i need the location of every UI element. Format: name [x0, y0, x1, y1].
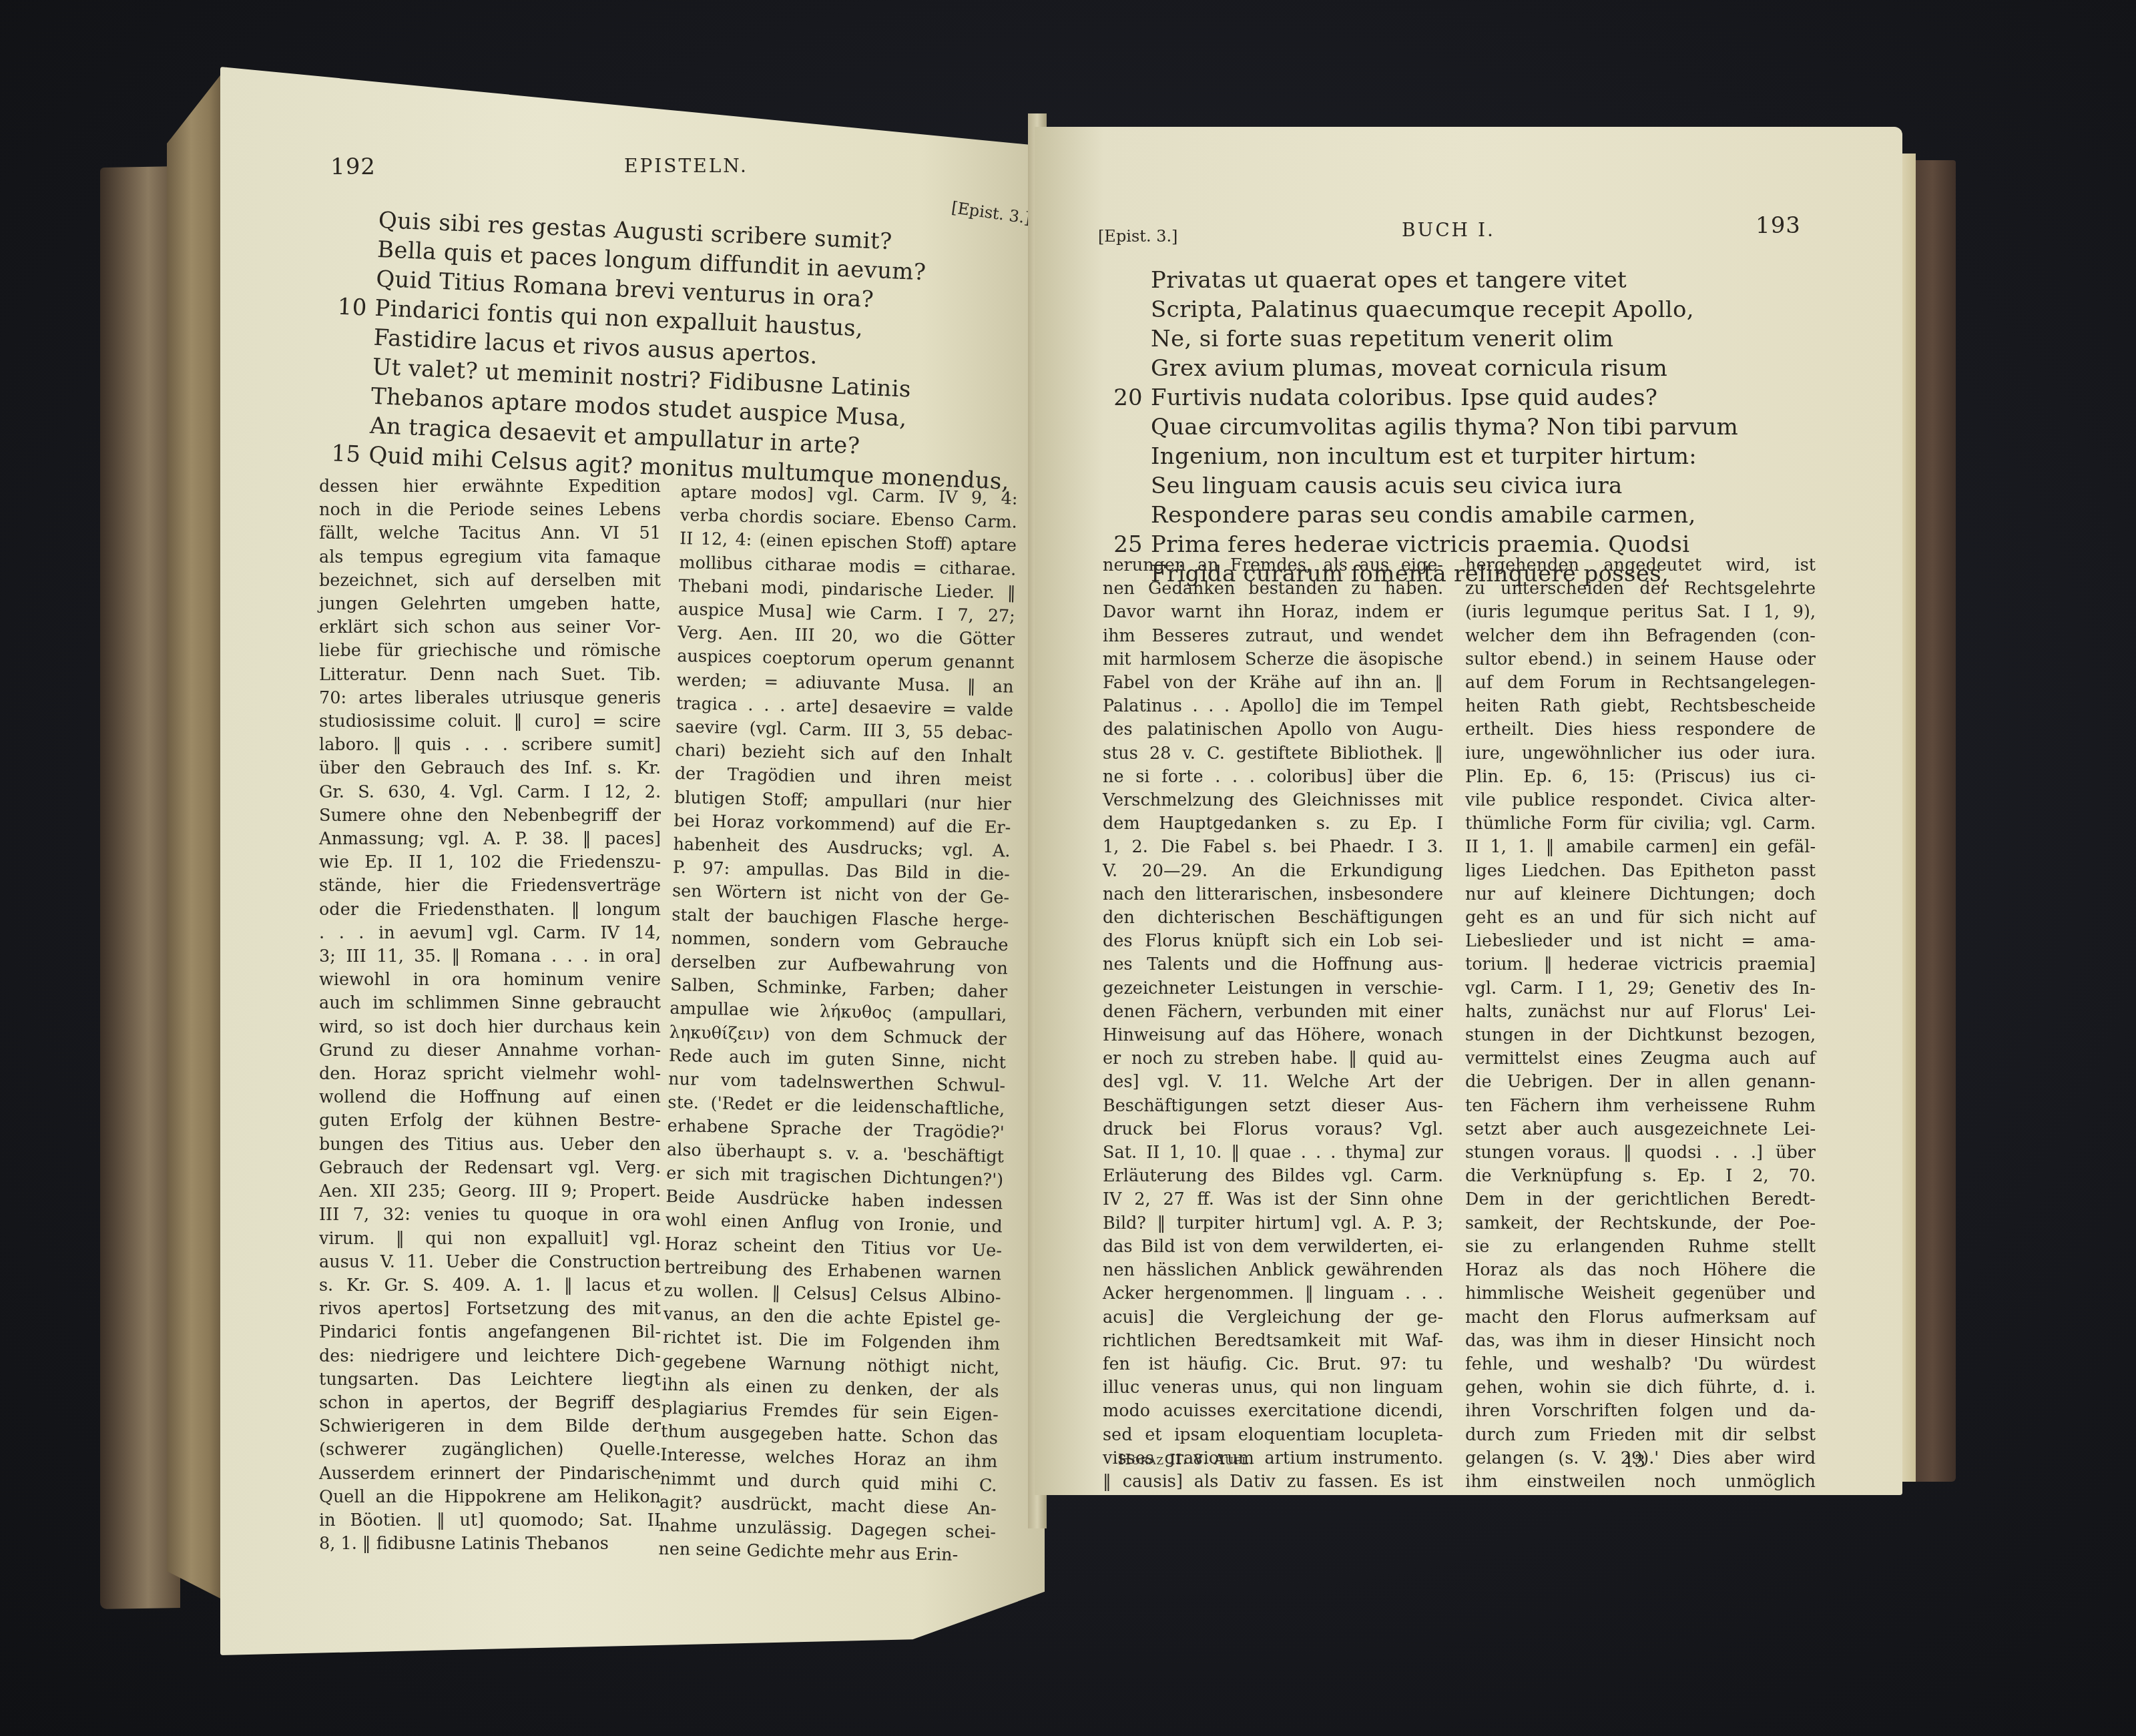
- commentary-line: Litteratur. Denn nach Suet. Tib.: [319, 663, 661, 687]
- commentary-line: nach den litterarischen, insbesondere: [1103, 883, 1443, 906]
- commentary-line: auf dem Forum in Rechtsangelegen-: [1465, 671, 1816, 695]
- commentary-column-2: aptare modos] vgl. Carm. IV 9, 4:verba c…: [658, 481, 1018, 1568]
- commentary-line: den. Horaz spricht vielmehr wohl-: [319, 1063, 661, 1086]
- commentary-line: . . . in aevum] vgl. Carm. IV 14,: [319, 922, 661, 945]
- commentary-line: (schwerer zugänglichen) Quelle.: [319, 1438, 661, 1462]
- commentary-line: wollend die Hoffnung auf einen: [319, 1086, 661, 1109]
- section-marker-right: [Epist. 3.]: [1098, 227, 1177, 246]
- commentary-line: Anmassung; vgl. A. P. 38. ‖ paces]: [319, 828, 661, 851]
- commentary-line: Verschmelzung des Gleichnisses mit: [1103, 789, 1443, 812]
- commentary-line: wiewohl in ora hominum venire: [319, 968, 661, 992]
- commentary-line: des: niedrigere und leichtere Dich-: [319, 1345, 661, 1368]
- verse-number: [334, 204, 371, 205]
- commentary-line: torium. ‖ hederae victricis praemia]: [1465, 953, 1816, 976]
- commentary-line: hier also an Vorübungen, Decla-: [1103, 1494, 1443, 1495]
- commentary-line: jungen Gelehrten umgeben hatte,: [319, 593, 661, 616]
- verse-line: Quae circumvolitas agilis thyma? Non tib…: [1151, 412, 1738, 442]
- commentary-line: Gr. S. 630, 4. Vgl. Carm. I 12, 2.: [319, 781, 661, 804]
- commentary-line: denen Fächern, verbunden mit einer: [1103, 1000, 1443, 1024]
- commentary-line: ihm Besseres zutraut, und wendet: [1103, 625, 1443, 648]
- commentary-line: Grund zu dieser Annahme vorhan-: [319, 1039, 661, 1063]
- page-number-left: 192: [330, 154, 376, 180]
- commentary-line: Hinweisung auf das Höhere, wonach: [1103, 1024, 1443, 1047]
- commentary-line: des palatinischen Apollo von Augu-: [1103, 718, 1443, 742]
- commentary-line: Dem in der gerichtlichen Beredt-: [1465, 1188, 1816, 1211]
- commentary-line: wie Ep. II 1, 102 die Friedenszu-: [319, 851, 661, 874]
- commentary-line: dem Hauptgedanken s. zu Ep. I: [1103, 812, 1443, 836]
- commentary-line: setzt aber auch ausgezeichnete Lei-: [1465, 1118, 1816, 1141]
- commentary-line: bezeichnet, sich auf derselben mit: [319, 569, 661, 593]
- commentary-line: erklärt sich schon aus seiner Vor-: [319, 616, 661, 639]
- commentary-line: Davor warnt ihn Horaz, indem er: [1103, 601, 1443, 624]
- signature-number: 13: [1623, 1452, 1645, 1472]
- commentary-column-2: hergehenden angedeutet wird, istzu unter…: [1465, 554, 1816, 1495]
- verse-number: [328, 350, 365, 352]
- verse-line: Ne, si forte suas repetitum venerit olim: [1151, 324, 1738, 354]
- commentary-line: vermittelst eines Zeugma auch auf: [1465, 1047, 1816, 1071]
- commentary-line: fehle, und weshalb? 'Du würdest: [1465, 1353, 1816, 1376]
- book-cover-right: [1909, 160, 1956, 1482]
- commentary-line: nen Gedanken bestanden zu haben.: [1103, 577, 1443, 601]
- page-stack-left-edge: [167, 67, 227, 1602]
- commentary-line: ne si forte . . . coloribus] über die: [1103, 766, 1443, 789]
- commentary-line: dessen hier erwähnte Expedition: [319, 475, 661, 499]
- verse-block-left: Quis sibi res gestas Augusti scribere su…: [368, 206, 1019, 497]
- commentary-column-1: nerungen an Fremdes, als aus eige-nen Ge…: [1103, 554, 1443, 1495]
- commentary-line: Liebeslieder und ist nicht = ama-: [1465, 930, 1816, 953]
- commentary-line: richtlichen Beredtsamkeit mit Waf-: [1103, 1330, 1443, 1353]
- commentary-line: in Böotien. ‖ ut] quomodo; Sat. II: [319, 1509, 661, 1532]
- commentary-line: gezeichneter Leistungen in verschie-: [1103, 977, 1443, 1000]
- commentary-line: 8, 1. ‖ fidibusne Latinis Thebanos: [319, 1532, 661, 1556]
- commentary-line: fällt, welche Tacitus Ann. VI 51: [319, 522, 661, 545]
- commentary-line: Quell an die Hippokrene am Helikon: [319, 1486, 661, 1509]
- commentary-line: Palatinus . . . Apollo] die im Tempel: [1103, 695, 1443, 718]
- commentary-line: illuc veneras unus, qui non linguam: [1103, 1376, 1443, 1400]
- running-head-left: EPISTELN.: [624, 155, 748, 177]
- commentary-line: nerungen an Fremdes, als aus eige-: [1103, 554, 1443, 577]
- commentary-line: er noch zu streben habe. ‖ quid au-: [1103, 1047, 1443, 1071]
- commentary-line: als tempus egregium vita famaque: [319, 546, 661, 569]
- commentary-line: Horaz als das noch Höhere die: [1465, 1259, 1816, 1282]
- commentary-line: Fabel von der Krähe auf ihn an. ‖: [1103, 671, 1443, 695]
- commentary-line: V. 20—29. An die Erkundigung: [1103, 860, 1443, 883]
- verse-number: 20: [1105, 383, 1143, 412]
- commentary-line: virum. ‖ qui non expalluit] vgl.: [319, 1227, 661, 1251]
- commentary-line: stände, hier die Friedensverträge: [319, 874, 661, 898]
- commentary-line: guten Erfolg der kühnen Bestre-: [319, 1109, 661, 1133]
- commentary-line: laboro. ‖ quis . . . scribere sumit]: [319, 734, 661, 757]
- commentary-line: ihm einstweilen noch unmöglich: [1465, 1470, 1816, 1494]
- commentary-line: Pindarici fontis angefangenen Bil-: [319, 1321, 661, 1344]
- commentary-line: nen hässlichen Anblick gewährenden: [1103, 1259, 1443, 1282]
- verse-block-right: Privatas ut quaerat opes et tangere vite…: [1151, 266, 1738, 589]
- left-page: 192 EPISTELN. [Epist. 3.] Quis sibi res …: [220, 67, 1045, 1655]
- verse-line: Privatas ut quaerat opes et tangere vite…: [1151, 266, 1738, 295]
- verse-line: Scripta, Palatinus quaecumque recepit Ap…: [1151, 295, 1738, 324]
- commentary-line: ten Fächern ihm verheissene Ruhm: [1465, 1095, 1816, 1118]
- commentary-line: nur auf kleinere Dichtungen; doch: [1465, 883, 1816, 906]
- commentary-line: nes Talents und die Hoffnung aus-: [1103, 953, 1443, 976]
- commentary-line: mit harmlosem Scherze die äsopische: [1103, 648, 1443, 671]
- commentary-line: wird, so ist doch hier durchaus kein: [319, 1016, 661, 1039]
- verse-line: 20Furtivis nudata coloribus. Ipse quid a…: [1151, 383, 1738, 412]
- commentary-line: sed et ipsam eloquentiam locupleta-: [1103, 1424, 1443, 1447]
- commentary-line: ihren Vorschriften folgen und da-: [1465, 1400, 1816, 1423]
- commentary-line: hergehenden angedeutet wird, ist: [1465, 554, 1816, 577]
- commentary-line: liges Liedchen. Das Epitheton passt: [1465, 860, 1816, 883]
- commentary-line: Acker hergenommen. ‖ linguam . . .: [1103, 1282, 1443, 1306]
- verse-number: [326, 380, 364, 381]
- commentary-line: bungen des Titius aus. Ueber den: [319, 1133, 661, 1157]
- commentary-line: s. Kr. Gr. S. 409. A. 1. ‖ lacus et: [319, 1274, 661, 1297]
- commentary-column-1: dessen hier erwähnte Expeditionnoch in d…: [319, 475, 661, 1556]
- commentary-line: rivos apertos] Fortsetzung des mit: [319, 1297, 661, 1321]
- commentary-line: Plin. Ep. 6, 15: (Priscus) ius ci-: [1465, 766, 1816, 789]
- commentary-line: die Verknüpfung s. Ep. I 2, 70.: [1465, 1165, 1816, 1188]
- verse-number: 10: [329, 292, 368, 322]
- commentary-line: (iuris legumque peritus Sat. I 1, 9),: [1465, 601, 1816, 624]
- commentary-line: Schwierigeren in dem Bilde der: [319, 1415, 661, 1438]
- commentary-line: welcher dem ihn Befragenden (con-: [1465, 625, 1816, 648]
- signature-line: Horaz II. 8. Aufl.: [1118, 1452, 1254, 1468]
- commentary-line: Sumere ohne den Nebenbegriff der: [319, 804, 661, 828]
- running-head-right: BUCH I.: [1402, 219, 1495, 241]
- commentary-line: macht den Florus aufmerksam auf: [1465, 1306, 1816, 1330]
- commentary-line: acuis] die Vergleichung der ge-: [1103, 1306, 1443, 1330]
- commentary-line: das, was ihm in dieser Hinsicht noch: [1465, 1330, 1816, 1353]
- page-number-right: 193: [1756, 212, 1801, 239]
- commentary-line: oder die Friedensthaten. ‖ longum: [319, 898, 661, 922]
- commentary-line: himmlische Weisheit gegenüber und: [1465, 1282, 1816, 1306]
- commentary-line: halts, zunächst nur auf Florus' Lei-: [1465, 1000, 1816, 1024]
- commentary-line: gemacht durch die frigida curarum: [1465, 1494, 1816, 1495]
- commentary-line: ‖ causis] als Dativ zu fassen. Es ist: [1103, 1470, 1443, 1494]
- commentary-line: thümliche Form für civilia; vgl. Carm.: [1465, 812, 1816, 836]
- commentary-line: iure, ungewöhnlicher ius oder iura.: [1465, 742, 1816, 766]
- commentary-line: ertheilt. Dies hiess respondere de: [1465, 718, 1816, 742]
- commentary-line: den dichterischen Beschäftigungen: [1103, 906, 1443, 930]
- commentary-line: stungen voraus. ‖ quodsi . . .] über: [1465, 1141, 1816, 1165]
- commentary-line: über den Gebrauch des Inf. s. Kr.: [319, 757, 661, 780]
- commentary-line: II 1, 1. ‖ amabile carmen] ein gefäl-: [1465, 836, 1816, 859]
- commentary-line: das Bild ist von dem verwilderten, ei-: [1103, 1235, 1443, 1259]
- verse-number: [325, 409, 362, 410]
- commentary-line: geht es an und für sich nicht auf: [1465, 906, 1816, 930]
- commentary-line: Beschäftigungen setzt dieser Aus-: [1103, 1095, 1443, 1118]
- commentary-line: schon in apertos, der Begriff des: [319, 1392, 661, 1415]
- verse-line: Grex avium plumas, moveat cornicula risu…: [1151, 354, 1738, 383]
- commentary-line: Bild? ‖ turpiter hirtum] vgl. A. P. 3;: [1103, 1212, 1443, 1235]
- commentary-line: 3; III 11, 35. ‖ Romana . . . in ora]: [319, 945, 661, 968]
- commentary-line: IV 2, 27 ff. Was ist der Sinn ohne: [1103, 1188, 1443, 1211]
- commentary-line: tungsarten. Das Leichtere liegt: [319, 1368, 661, 1392]
- commentary-line: stungen in der Dichtkunst bezogen,: [1465, 1024, 1816, 1047]
- commentary-line: fen ist häufig. Cic. Brut. 97: tu: [1103, 1353, 1443, 1376]
- commentary-line: ausus V. 11. Ueber die Construction: [319, 1251, 661, 1274]
- commentary-line: Aen. XII 235; Georg. III 9; Propert.: [319, 1180, 661, 1203]
- commentary-line: liebe für griechische und römische: [319, 639, 661, 663]
- verse-number: [332, 233, 370, 234]
- commentary-line: III 7, 32: venies tu quoque in ora: [319, 1203, 661, 1227]
- commentary-line: zu unterscheiden der Rechtsgelehrte: [1465, 577, 1816, 601]
- section-marker-left: [Epist. 3.]: [951, 198, 1032, 228]
- verse-number: [331, 262, 368, 264]
- commentary-line: druck bei Florus voraus? Vgl.: [1103, 1118, 1443, 1141]
- commentary-line: 70: artes liberales utriusque generis: [319, 687, 661, 710]
- commentary-line: des] vgl. V. 11. Welche Art der: [1103, 1071, 1443, 1094]
- commentary-line: stus 28 v. C. gestiftete Bibliothek. ‖: [1103, 742, 1443, 766]
- commentary-line: vgl. Carm. I 1, 29; Genetiv des In-: [1465, 977, 1816, 1000]
- commentary-line: studiosissime coluit. ‖ curo] = scire: [319, 710, 661, 734]
- verse-line: Ingenium, non incultum est et turpiter h…: [1151, 442, 1738, 471]
- commentary-line: Ausserdem erinnert der Pindarische: [319, 1462, 661, 1486]
- commentary-line: durch zum Frieden mit dir selbst: [1465, 1424, 1816, 1447]
- commentary-line: noch in die Periode seines Lebens: [319, 499, 661, 522]
- verse-line: Respondere paras seu condis amabile carm…: [1151, 501, 1738, 530]
- commentary-line: vile publice respondet. Civica alter-: [1465, 789, 1816, 812]
- commentary-line: samkeit, der Rechtskunde, der Poe-: [1465, 1212, 1816, 1235]
- verse-number: 15: [322, 439, 361, 469]
- commentary-line: sie zu erlangenden Ruhme stellt: [1465, 1235, 1816, 1259]
- commentary-line: Sat. II 1, 10. ‖ quae . . . thyma] zur: [1103, 1141, 1443, 1165]
- commentary-line: heiten Rath giebt, Rechtsbescheide: [1465, 695, 1816, 718]
- commentary-line: die Uebrigen. Der in allen genann-: [1465, 1071, 1816, 1094]
- commentary-line: sultor ebend.) in seinem Hause oder: [1465, 648, 1816, 671]
- commentary-line: Erläuterung des Bildes vgl. Carm.: [1103, 1165, 1443, 1188]
- commentary-line: modo acuisses exercitatione dicendi,: [1103, 1400, 1443, 1423]
- commentary-line: gehen, wohin sie dich führte, d. i.: [1465, 1376, 1816, 1400]
- commentary-line: Gebrauch der Redensart vgl. Verg.: [319, 1157, 661, 1180]
- commentary-line: auch im schlimmen Sinne gebraucht: [319, 992, 661, 1015]
- right-page: [Epist. 3.] BUCH I. 193 Privatas ut quae…: [1035, 127, 1902, 1495]
- commentary-line: 1, 2. Die Fabel s. bei Phaedr. I 3.: [1103, 836, 1443, 859]
- verse-line: Seu linguam causis acuis seu civica iura: [1151, 471, 1738, 501]
- commentary-line: des Florus knüpft sich ein Lob sei-: [1103, 930, 1443, 953]
